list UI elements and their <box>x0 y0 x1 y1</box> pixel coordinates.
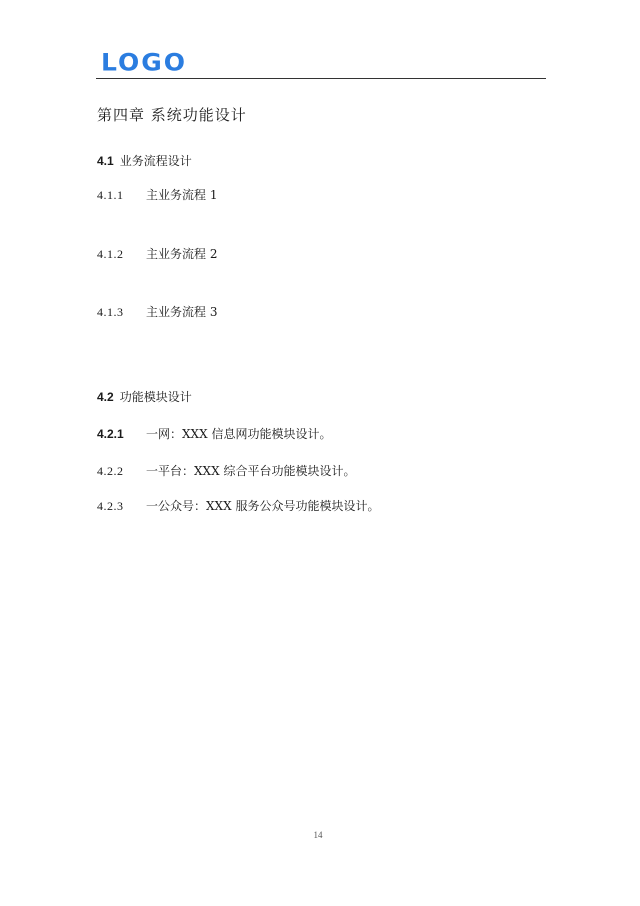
subsection-number: 4.2.2 <box>97 464 146 479</box>
subsection-heading-4-2-3: 4.2.3一公众号：XXX 服务公众号功能模块设计。 <box>97 497 379 514</box>
subsection-number: 4.1.3 <box>97 305 146 320</box>
subsection-title: 一网：XXX 信息网功能模块设计。 <box>146 427 331 441</box>
section-heading-4-2: 4.2功能模块设计 <box>97 388 192 405</box>
section-number: 4.2 <box>97 390 114 404</box>
subsection-title: 一公众号：XXX 服务公众号功能模块设计。 <box>146 499 379 513</box>
chapter-title: 第四章 系统功能设计 <box>97 104 247 125</box>
subsection-heading-4-1-2: 4.1.2主业务流程 2 <box>97 245 217 262</box>
subsection-title: 一平台：XXX 综合平台功能模块设计。 <box>146 464 355 478</box>
section-number: 4.1 <box>97 154 114 168</box>
section-heading-4-1: 4.1业务流程设计 <box>97 152 192 169</box>
subsection-number: 4.2.1 <box>97 427 146 441</box>
subsection-title: 主业务流程 3 <box>146 305 217 319</box>
subsection-heading-4-1-1: 4.1.1主业务流程 1 <box>97 186 217 203</box>
subsection-number: 4.1.1 <box>97 188 146 203</box>
page-number: 14 <box>0 830 636 840</box>
subsection-heading-4-2-1: 4.2.1一网：XXX 信息网功能模块设计。 <box>97 425 331 442</box>
section-title: 功能模块设计 <box>120 390 192 404</box>
subsection-number: 4.1.2 <box>97 247 146 262</box>
section-title: 业务流程设计 <box>120 154 192 168</box>
subsection-title: 主业务流程 2 <box>146 247 217 261</box>
subsection-title: 主业务流程 1 <box>146 188 217 202</box>
subsection-heading-4-1-3: 4.1.3主业务流程 3 <box>97 303 217 320</box>
header-divider <box>96 78 546 79</box>
logo: LOGO <box>101 51 187 75</box>
subsection-number: 4.2.3 <box>97 499 146 514</box>
subsection-heading-4-2-2: 4.2.2一平台：XXX 综合平台功能模块设计。 <box>97 462 355 479</box>
